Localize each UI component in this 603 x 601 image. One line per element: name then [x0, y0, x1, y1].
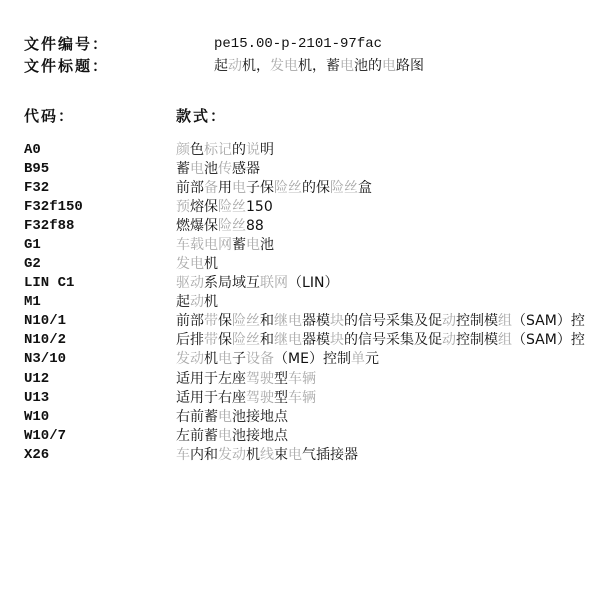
code-cell: X26 [24, 446, 49, 465]
description-cell: 颜色标记的说明 [176, 141, 274, 160]
description-cell: 预熔保险丝150 [176, 198, 273, 217]
description-cell: 适用于左座驾驶型车辆 [176, 370, 316, 389]
code-cell: W10 [24, 408, 49, 427]
description-cell: 起动机 [176, 293, 218, 312]
code-cell: U12 [24, 370, 49, 389]
description-cell: 适用于右座驾驶型车辆 [176, 389, 316, 408]
code-cell: F32f150 [24, 198, 83, 217]
code-cell: U13 [24, 389, 49, 408]
description-cell: 蓄电池传感器 [176, 160, 260, 179]
description-cell: 右前蓄电池接地点 [176, 408, 288, 427]
description-cell: 车内和发动机线束电气插接器 [176, 446, 358, 465]
code-cell: N3/10 [24, 350, 66, 369]
code-cell: M1 [24, 293, 41, 312]
description-cell: 前部备用电子保险丝的保险丝盒 [176, 179, 372, 198]
code-cell: F32 [24, 179, 49, 198]
doc-title-value: 起动机，发电机，蓄电池的电路图 [214, 57, 424, 76]
code-cell: N10/1 [24, 312, 66, 331]
description-cell: 后排带保险丝和继电器模块的信号采集及促动控制模组（SAM）控 [176, 331, 585, 350]
description-column-header: 款式： [176, 107, 227, 126]
doc-title-label: 文件标题： [24, 57, 109, 76]
code-cell: A0 [24, 141, 41, 160]
description-cell: 发电机 [176, 255, 218, 274]
code-cell: B95 [24, 160, 49, 179]
code-cell: G1 [24, 236, 41, 255]
description-cell: 车载电网蓄电池 [176, 236, 274, 255]
code-cell: G2 [24, 255, 41, 274]
code-cell: N10/2 [24, 331, 66, 350]
description-cell: 驱动系局域互联网（LIN） [176, 274, 338, 293]
description-cell: 前部带保险丝和继电器模块的信号采集及促动控制模组（SAM）控 [176, 312, 585, 331]
description-cell: 左前蓄电池接地点 [176, 427, 288, 446]
doc-number-value: pe15.00-p-2101-97fac [214, 35, 382, 54]
description-cell: 发动机电子设备（ME）控制单元 [176, 350, 379, 369]
code-column-header: 代码： [24, 107, 75, 126]
code-cell: LIN C1 [24, 274, 74, 293]
doc-number-label: 文件编号： [24, 35, 109, 54]
code-cell: F32f88 [24, 217, 74, 236]
description-cell: 燃爆保险丝88 [176, 217, 264, 236]
code-cell: W10/7 [24, 427, 66, 446]
